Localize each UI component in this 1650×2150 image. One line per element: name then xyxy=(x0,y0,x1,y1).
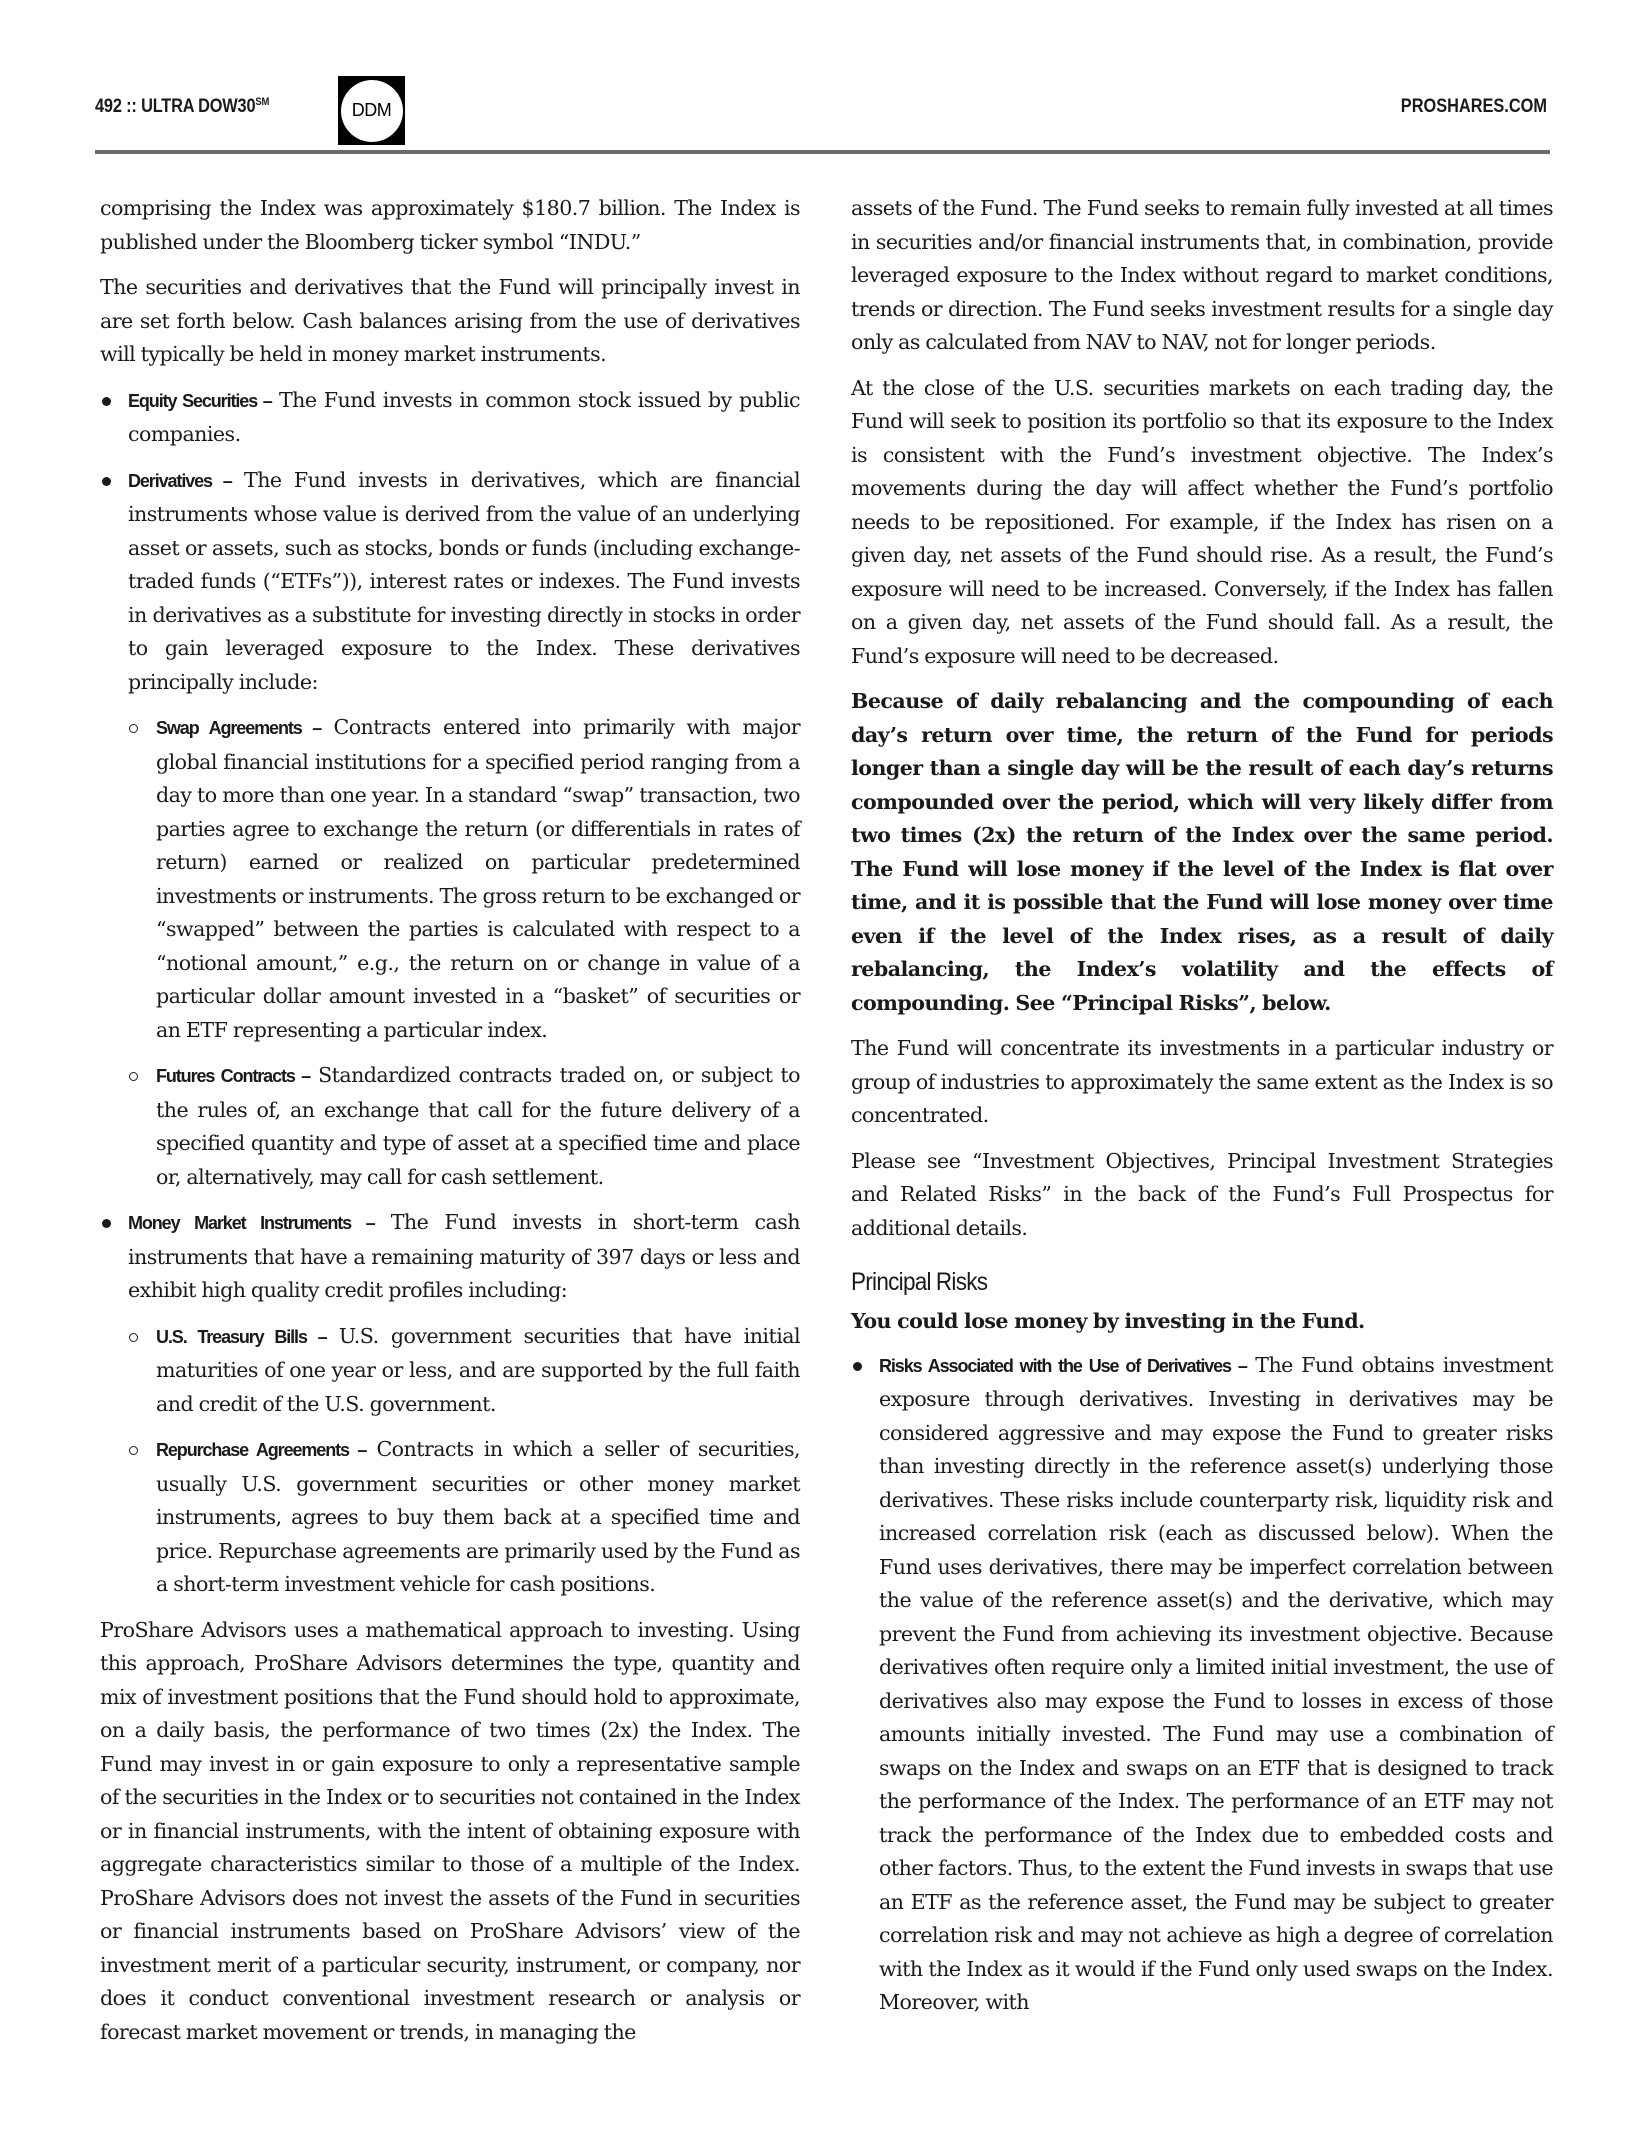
right-column: assets of the Fund. The Fund seeks to re… xyxy=(851,192,1553,2032)
list-item-text: The Fund obtains investment exposure thr… xyxy=(879,1353,1553,2015)
list-item-text: The Fund invests in derivatives, which a… xyxy=(128,468,800,694)
fund-name: ULTRA DOW30 xyxy=(141,96,255,117)
paragraph: comprising the Index was approximately $… xyxy=(100,192,800,259)
list-item-treasury-bills: U.S. Treasury Bills – U.S. government se… xyxy=(100,1320,800,1422)
list-item-futures-contracts: Futures Contracts – Standardized contrac… xyxy=(100,1059,800,1194)
compounding-warning: Because of daily rebalancing and the com… xyxy=(851,685,1553,1020)
paragraph: Please see “Investment Objectives, Princ… xyxy=(851,1145,1553,1246)
ticker-logo-text: DDM xyxy=(352,100,392,121)
paragraph: At the close of the U.S. securities mark… xyxy=(851,372,1553,674)
list-item-label: Swap Agreements – xyxy=(156,718,321,738)
list-item-swap-agreements: Swap Agreements – Contracts entered into… xyxy=(100,711,800,1047)
service-mark: SM xyxy=(255,96,269,108)
site-url: PROSHARES.COM xyxy=(1401,96,1547,118)
list-item-label: Risks Associated with the Use of Derivat… xyxy=(879,1356,1247,1376)
list-item-label: Derivatives – xyxy=(128,471,232,491)
list-item-derivatives: Derivatives – The Fund invests in deriva… xyxy=(100,464,800,700)
list-item-label: U.S. Treasury Bills – xyxy=(156,1327,327,1347)
list-item-derivatives-risk: Risks Associated with the Use of Derivat… xyxy=(851,1349,1553,2020)
list-item-text: Contracts in which a seller of securitie… xyxy=(156,1437,800,1596)
header-divider xyxy=(95,150,1550,154)
list-item-equity-securities: Equity Securities – The Fund invests in … xyxy=(100,384,800,452)
risk-list: Risks Associated with the Use of Derivat… xyxy=(851,1349,1553,2020)
list-item-label: Equity Securities – xyxy=(128,391,272,411)
left-column: comprising the Index was approximately $… xyxy=(100,192,800,2061)
investment-list: Equity Securities – The Fund invests in … xyxy=(100,384,800,1602)
ticker-logo: DDM xyxy=(338,76,405,145)
list-item-text: Contracts entered into primarily with ma… xyxy=(156,715,800,1042)
page-header: 492 :: ULTRA DOW30SM DDM PROSHARES.COM xyxy=(95,82,1550,152)
list-item-money-market-instruments: Money Market Instruments – The Fund inve… xyxy=(100,1206,800,1308)
header-separator: :: xyxy=(126,96,137,117)
list-item-label: Futures Contracts – xyxy=(156,1066,310,1086)
section-heading-principal-risks: Principal Risks xyxy=(851,1265,1483,1299)
list-item-label: Repurchase Agreements – xyxy=(156,1440,366,1460)
page-number: 492 xyxy=(95,96,122,117)
paragraph: The securities and derivatives that the … xyxy=(100,271,800,372)
ticker-logo-circle: DDM xyxy=(341,80,403,142)
section-subheading: You could lose money by investing in the… xyxy=(851,1305,1553,1339)
list-item-label: Money Market Instruments – xyxy=(128,1213,375,1233)
paragraph: The Fund will concentrate its investment… xyxy=(851,1032,1553,1133)
paragraph: assets of the Fund. The Fund seeks to re… xyxy=(851,192,1553,360)
paragraph: ProShare Advisors uses a mathematical ap… xyxy=(100,1614,800,2050)
header-title: 492 :: ULTRA DOW30SM xyxy=(95,96,269,118)
list-item-repurchase-agreements: Repurchase Agreements – Contracts in whi… xyxy=(100,1433,800,1602)
